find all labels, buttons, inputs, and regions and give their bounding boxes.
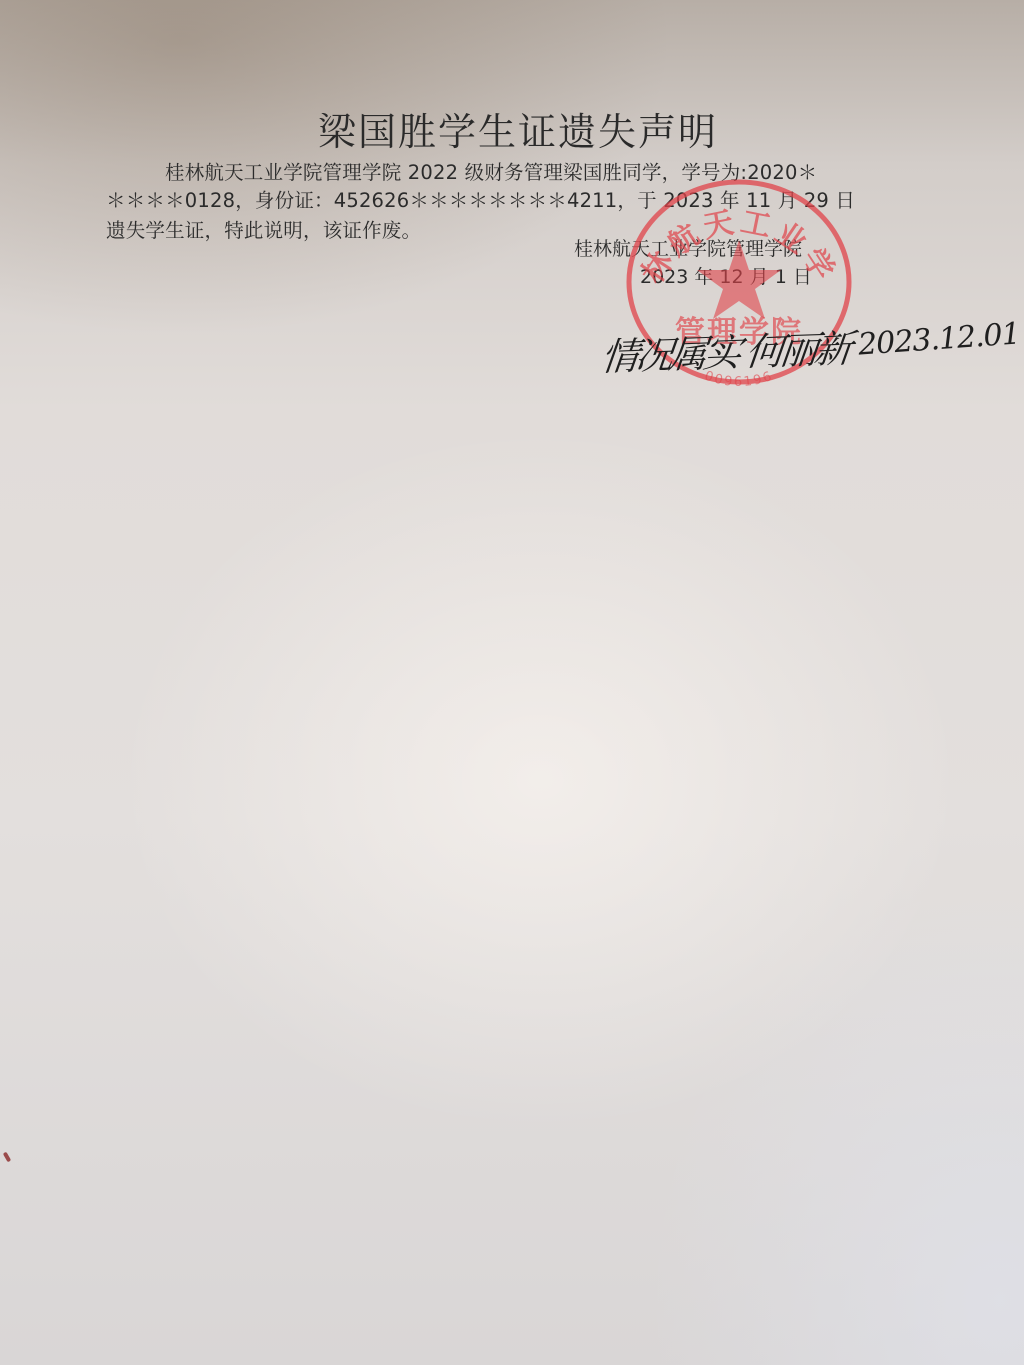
issuer-name: 桂林航天工业学院管理学院 (574, 234, 802, 261)
statement-line-3: 遗失学生证，特此说明，该证作废。 (106, 215, 421, 243)
ink-mark (3, 1152, 11, 1163)
document-page: 梁国胜学生证遗失声明 桂林航天工业学院管理学院 2022 级财务管理梁国胜同学，… (0, 0, 1024, 1365)
page-title: 梁国胜学生证遗失声明 (318, 101, 718, 156)
handwritten-date: 2023.12.01 (857, 316, 1021, 362)
issue-date: 2023 年 12 月 1 日 (640, 262, 812, 289)
statement-line-1: 桂林航天工业学院管理学院 2022 级财务管理梁国胜同学，学号为:2020＊ (165, 157, 817, 185)
handwritten-signature: 情况属实 何丽新 (599, 318, 852, 382)
statement-line-2: ＊＊＊＊0128，身份证：452626＊＊＊＊＊＊＊＊4211，于 2023 年… (106, 185, 855, 213)
